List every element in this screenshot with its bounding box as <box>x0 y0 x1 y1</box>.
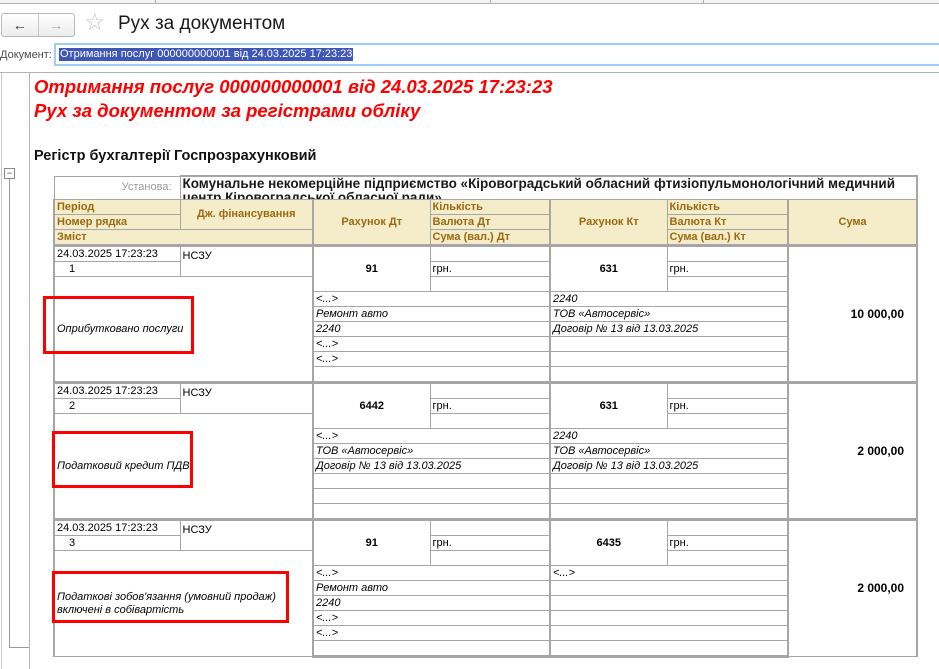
row-subconto-dt[interactable]: Ремонт авто <box>313 581 550 596</box>
row-currency-dt: грн. <box>430 399 550 414</box>
row-subconto-kt[interactable] <box>550 474 788 489</box>
row-account-dt[interactable]: 91 <box>313 520 430 566</box>
row-currency-dt: грн. <box>430 262 550 277</box>
row-subconto-kt[interactable]: Договір № 13 від 13.03.2025 <box>550 322 788 337</box>
row-content-text: Податковий кредит ПДВ <box>57 460 190 472</box>
collapse-group-icon[interactable]: − <box>4 168 15 179</box>
group-tree-end <box>9 647 29 648</box>
row-subconto-kt[interactable] <box>550 489 788 504</box>
row-account-dt[interactable]: 6442 <box>313 383 430 429</box>
row-subconto-kt[interactable]: <...> <box>550 566 788 581</box>
row-amount: 10 000,00 <box>788 246 917 383</box>
back-button[interactable]: ← <box>2 14 39 36</box>
document-field-label: Документ: <box>0 49 52 61</box>
row-line-number: 1 <box>54 262 180 277</box>
row-subconto-dt[interactable]: <...> <box>313 352 550 367</box>
row-subconto-kt[interactable] <box>550 596 788 611</box>
row-funding-source: НСЗУ <box>180 246 313 277</box>
institution-value: Комунальне некомерційне підприємство «Кі… <box>180 176 917 200</box>
row-subconto-kt[interactable] <box>550 626 788 641</box>
col-amount: Сума <box>788 200 917 246</box>
row-subconto-dt[interactable]: <...> <box>313 292 550 307</box>
row-subconto-kt[interactable] <box>550 581 788 596</box>
col-line-number: Номер рядка <box>54 215 180 230</box>
col-funding-source: Дж. фінансування <box>180 200 313 230</box>
navigation-buttons: ← → <box>1 13 75 37</box>
col-account-dt: Рахунок Дт <box>313 200 430 246</box>
row-subconto-dt[interactable]: <...> <box>313 429 550 444</box>
report-heading-subtitle: Рух за документом за регістрами обліку <box>34 100 420 122</box>
row-quantity-kt <box>667 383 788 399</box>
window-title: Рух за документом <box>118 12 285 36</box>
row-account-kt[interactable]: 631 <box>550 383 667 429</box>
col-account-kt: Рахунок Кт <box>550 200 667 246</box>
col-currency-kt: Валюта Кт <box>667 215 788 230</box>
row-subconto-kt[interactable]: ТОВ «Автосервіс» <box>550 444 788 459</box>
row-quantity-kt <box>667 246 788 262</box>
row-quantity-kt <box>667 520 788 536</box>
row-currency-kt: грн. <box>667 262 788 277</box>
row-period: 24.03.2025 17:23:23 <box>54 383 180 399</box>
row-account-kt[interactable]: 6435 <box>550 520 667 566</box>
row-currency-sum-dt <box>430 277 550 292</box>
row-subconto-dt[interactable]: <...> <box>313 566 550 581</box>
row-content: Оприбутковано послуги <box>54 277 313 383</box>
col-quantity-dt: Кількість <box>430 200 550 215</box>
col-currency-sum-kt: Сума (вал.) Кт <box>667 230 788 246</box>
arrow-left-icon: ← <box>13 17 27 33</box>
row-subconto-kt[interactable] <box>550 352 788 367</box>
row-subconto-kt[interactable] <box>550 337 788 352</box>
row-subconto-dt[interactable] <box>313 367 550 383</box>
gutter-divider <box>29 73 30 669</box>
row-content-text: Оприбутковано послуги <box>57 323 183 335</box>
row-subconto-kt[interactable] <box>550 641 788 657</box>
row-content: Податковий кредит ПДВ <box>54 414 313 520</box>
row-subconto-dt[interactable] <box>313 504 550 520</box>
row-subconto-kt[interactable] <box>550 611 788 626</box>
row-subconto-dt[interactable] <box>313 474 550 489</box>
row-subconto-kt[interactable] <box>550 367 788 383</box>
row-subconto-dt[interactable]: <...> <box>313 626 550 641</box>
row-amount: 2 000,00 <box>788 383 917 520</box>
arrow-right-icon: → <box>49 17 63 33</box>
row-subconto-kt[interactable]: 2240 <box>550 429 788 444</box>
row-content-text: Податкові зобов'язання (умовний продаж) … <box>57 591 276 616</box>
forward-button[interactable]: → <box>39 14 75 36</box>
top-tab-strip <box>0 0 939 4</box>
row-subconto-dt[interactable]: ТОВ «Автосервіс» <box>313 444 550 459</box>
register-table: Установа: Комунальне некомерційне підпри… <box>53 175 918 658</box>
row-quantity-dt <box>430 520 550 536</box>
row-currency-sum-kt <box>667 551 788 566</box>
institution-label: Установа: <box>54 176 180 200</box>
row-period: 24.03.2025 17:23:23 <box>54 520 180 536</box>
row-subconto-kt[interactable]: 2240 <box>550 292 788 307</box>
row-subconto-dt[interactable]: Договір № 13 від 13.03.2025 <box>313 459 550 474</box>
row-subconto-kt[interactable]: Договір № 13 від 13.03.2025 <box>550 459 788 474</box>
row-subconto-dt[interactable]: <...> <box>313 337 550 352</box>
col-quantity-kt: Кількість <box>667 200 788 215</box>
row-currency-sum-dt <box>430 551 550 566</box>
row-line-number: 2 <box>54 399 180 414</box>
favorite-star-icon[interactable]: ☆ <box>84 9 106 37</box>
row-amount: 2 000,00 <box>788 520 917 657</box>
row-currency-sum-kt <box>667 277 788 292</box>
row-subconto-dt[interactable] <box>313 489 550 504</box>
row-funding-source: НСЗУ <box>180 383 313 414</box>
row-currency-kt: грн. <box>667 399 788 414</box>
document-field[interactable]: Отримання послуг 000000000001 від 24.03.… <box>54 43 939 66</box>
row-currency-sum-dt <box>430 414 550 429</box>
row-currency-kt: грн. <box>667 536 788 551</box>
row-quantity-dt <box>430 383 550 399</box>
row-account-dt[interactable]: 91 <box>313 246 430 292</box>
report-heading-document: Отримання послуг 000000000001 від 24.03.… <box>34 76 553 98</box>
row-funding-source: НСЗУ <box>180 520 313 551</box>
row-subconto-dt[interactable]: Ремонт авто <box>313 307 550 322</box>
row-subconto-dt[interactable]: <...> <box>313 611 550 626</box>
col-currency-dt: Валюта Дт <box>430 215 550 230</box>
row-subconto-dt[interactable]: 2240 <box>313 596 550 611</box>
row-content: Податкові зобов'язання (умовний продаж) … <box>54 551 313 657</box>
row-subconto-kt[interactable]: ТОВ «Автосервіс» <box>550 307 788 322</box>
row-subconto-kt[interactable] <box>550 504 788 520</box>
col-currency-sum-dt: Сума (вал.) Дт <box>430 230 550 246</box>
row-subconto-dt[interactable]: 2240 <box>313 322 550 337</box>
document-field-value: Отримання послуг 000000000001 від 24.03.… <box>59 48 353 61</box>
row-subconto-dt[interactable] <box>313 641 550 657</box>
row-currency-sum-kt <box>667 414 788 429</box>
col-content: Зміст <box>54 230 313 246</box>
row-account-kt[interactable]: 631 <box>550 246 667 292</box>
row-period: 24.03.2025 17:23:23 <box>54 246 180 262</box>
gutter-border <box>1 73 2 669</box>
row-quantity-dt <box>430 246 550 262</box>
register-title: Регістр бухгалтерії Госпрозрахунковий <box>34 147 316 165</box>
row-currency-dt: грн. <box>430 536 550 551</box>
col-period: Період <box>54 200 180 215</box>
row-line-number: 3 <box>54 536 180 551</box>
group-tree-line <box>9 179 10 647</box>
